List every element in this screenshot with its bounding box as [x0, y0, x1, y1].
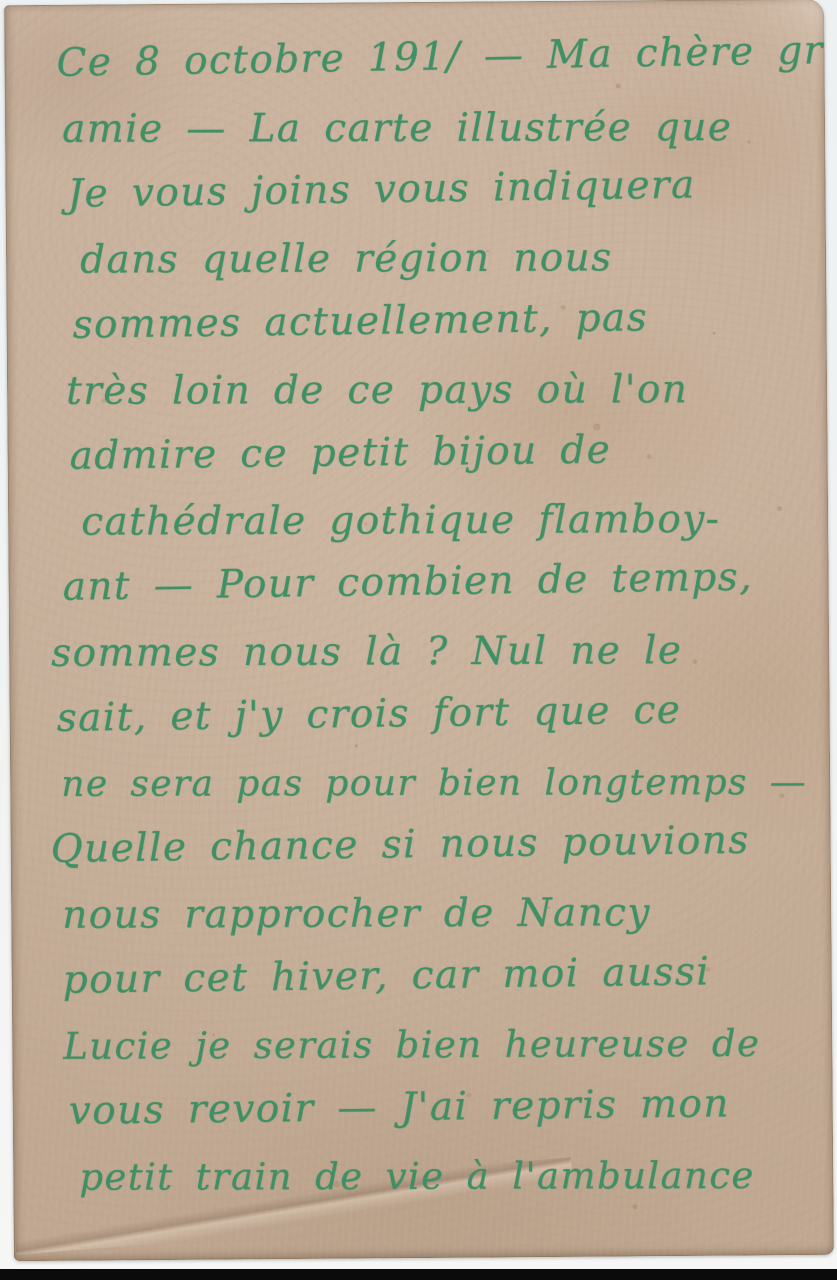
scanner-edge-bar: [0, 1269, 837, 1280]
handwritten-line-5: sommes actuellement, pas: [72, 283, 801, 358]
handwritten-line-14: nous rapprocher de Nancy: [62, 879, 805, 948]
handwritten-line-16: Lucie je serais bien heureuse de: [63, 1010, 806, 1079]
handwritten-line-13: Quelle chance si nous pouvions: [50, 807, 805, 882]
handwritten-line-15: pour cet hiver, car moi aussi: [62, 938, 806, 1013]
handwritten-line-17: vous revoir — J'ai repris mon: [68, 1070, 807, 1144]
handwritten-line-8: cathédrale gothique flamboy-: [81, 486, 802, 555]
scanned-postcard-photo: Ce 8 octobre 191/ — Ma chère grande amie…: [0, 0, 837, 1280]
postcard: Ce 8 octobre 191/ — Ma chère grande amie…: [4, 0, 834, 1261]
handwritten-line-10: sommes nous là ? Nul ne le: [51, 617, 803, 686]
handwritten-line-7: admire ce petit bijou de: [69, 415, 802, 489]
handwritten-line-18: petit train de vie à l'ambulance: [79, 1142, 807, 1209]
letter-body: Ce 8 octobre 191/ — Ma chère grande amie…: [4, 0, 834, 1261]
handwritten-line-9: ant — Pour combien de temps,: [62, 544, 803, 620]
handwritten-line-11: sait, et j'y crois fort que ce: [56, 676, 804, 751]
handwritten-line-3: Je vous joins vous indiquera: [67, 151, 800, 227]
handwritten-line-4: dans quelle région nous: [80, 224, 800, 293]
handwritten-line-12: ne sera pas pour bien longtemps —: [61, 749, 804, 816]
handwritten-line-1: Ce 8 octobre 191/ — Ma chère grande: [56, 19, 799, 97]
handwritten-line-6: très loin de ce pays où l'on: [66, 356, 801, 423]
